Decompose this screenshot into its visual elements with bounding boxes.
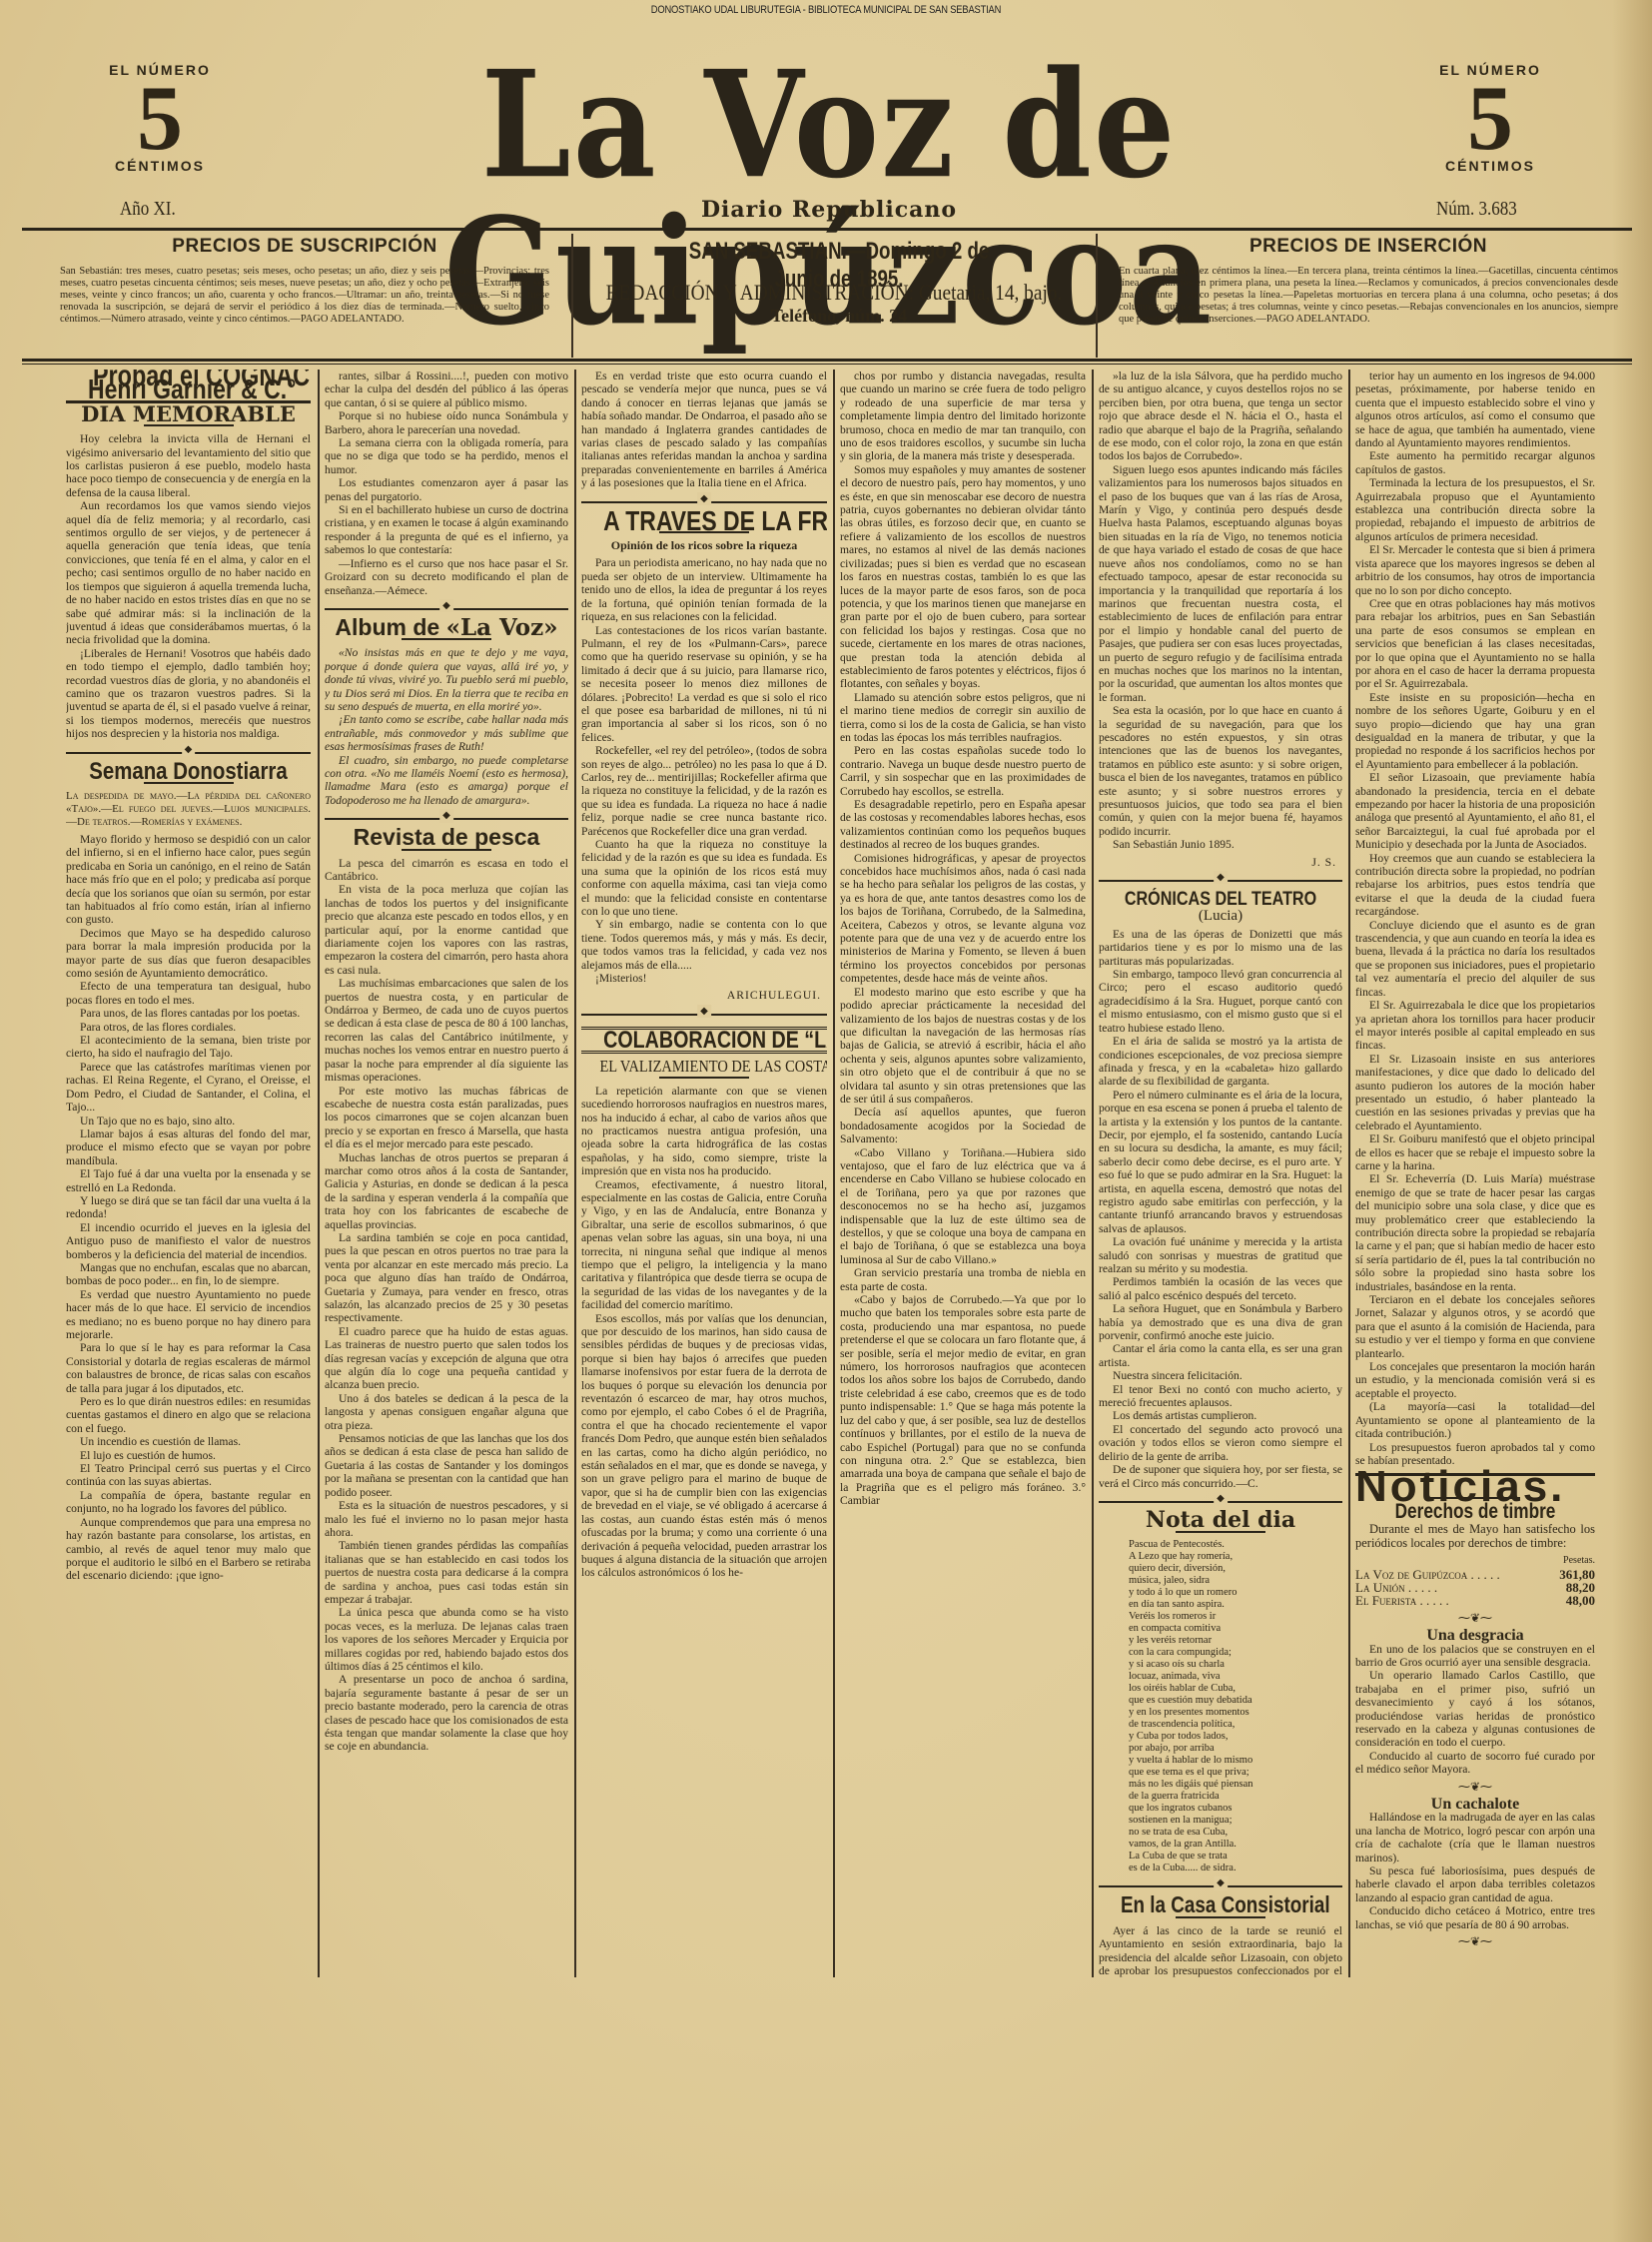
small-ornament: ⁓❦⁓ bbox=[1355, 1781, 1595, 1794]
archive-credit: DONOSTIAKO UDAL LIBURUTEGIA - BIBLIOTECA… bbox=[124, 4, 1528, 16]
poem-nota-del-dia: Pascua de Pentecostés.A Lezo que hay rom… bbox=[1099, 1539, 1342, 1874]
poem-line: por abajo, por arriba bbox=[1129, 1743, 1342, 1755]
paragraph: Por este motivo las muchas fábricas de e… bbox=[325, 1085, 568, 1151]
stamp-amount: 48,00 bbox=[1547, 1594, 1595, 1607]
cognac-ad-line2: Henri Garnier & C.° bbox=[88, 382, 289, 395]
paragraph: El Tajo fué á dar una vuelta por la ense… bbox=[66, 1167, 311, 1194]
paragraph: Llamado su atención sobre estos peligros… bbox=[840, 691, 1086, 745]
article-heading-casa: En la Casa Consistorial bbox=[1121, 1898, 1320, 1911]
article-body-casa: Ayer á las cinco de la tarde se reunió e… bbox=[1099, 1924, 1342, 1977]
paragraph: Porque si no hubiese oído nunca Sonámbul… bbox=[325, 409, 568, 436]
paragraph: ¡Liberales de Hernani! Vosotros que habé… bbox=[66, 647, 311, 741]
paragraph: La repetición alarmante con que se viene… bbox=[581, 1085, 827, 1178]
paragraph: La compañía de ópera, bastante regular e… bbox=[66, 1489, 311, 1516]
paragraph: Para unos, de las flores cantadas por lo… bbox=[66, 1007, 311, 1020]
paragraph: Uno á dos bateles se dedican á la pesca … bbox=[325, 1392, 568, 1432]
newspaper-name: La Voz de Guipúzcoa . . . . . bbox=[1355, 1568, 1547, 1581]
poem-line: La Cuba de que se trata bbox=[1129, 1851, 1342, 1863]
paragraph: El lujo es cuestión de humos. bbox=[66, 1449, 311, 1462]
section-ornament bbox=[1099, 1498, 1342, 1506]
masthead-rule bbox=[22, 228, 1632, 231]
column-5: »la luz de la isla Sálvora, que ha perdi… bbox=[1099, 370, 1342, 1977]
section-ornament bbox=[581, 1011, 827, 1019]
section-heading-noticias: Noticias. bbox=[1355, 1480, 1595, 1493]
insertion-text: En cuarta plana, diez céntimos la línea.… bbox=[1119, 266, 1618, 326]
insertion-heading: PRECIOS DE INSERCIÓN bbox=[1119, 236, 1618, 258]
paragraph: Perdimos también la ocasión de las veces… bbox=[1099, 1275, 1342, 1302]
article-subheading-frontera: Opinión de los ricos sobre la riqueza bbox=[581, 539, 827, 552]
paragraph: En vista de la poca merluza que cojían l… bbox=[325, 883, 568, 977]
paragraph: Concluye diciendo que el asunto es de gr… bbox=[1355, 919, 1595, 999]
article-heading-desgracia: Una desgracia bbox=[1355, 1629, 1595, 1642]
poem-line: los oiréis hablar de Cuba, bbox=[1129, 1683, 1342, 1695]
badge-price: 5 bbox=[1430, 78, 1550, 158]
paragraph: La señora Huguet, que en Sonámbula y Bar… bbox=[1099, 1302, 1342, 1342]
paragraph: El acontecimiento de la semana, bien tri… bbox=[66, 1034, 311, 1061]
article-heading-cachalote: Un cachalote bbox=[1355, 1798, 1595, 1811]
poem-line: Veréis los romeros ir bbox=[1129, 1611, 1342, 1623]
paragraph: rantes, silbar á Rossini....!, pueden co… bbox=[325, 370, 568, 409]
paragraph: Los concejales que presentaron la moción… bbox=[1355, 1360, 1595, 1400]
column-divider bbox=[571, 234, 573, 358]
paragraph: Sin embargo, tampoco llevó gran concurre… bbox=[1099, 968, 1342, 1035]
album-heading-prefix: Album de bbox=[335, 614, 439, 640]
paragraph: El Teatro Principal cerró sus puertas y … bbox=[66, 1462, 311, 1489]
article-body-album: «No insistas más en que te dejo y me vay… bbox=[325, 646, 568, 807]
paragraph: terior hay un aumento en los ingresos de… bbox=[1355, 370, 1595, 449]
poem-line: y si acaso oís su charla bbox=[1129, 1659, 1342, 1671]
poem-line: y todo á lo que un romero bbox=[1129, 1587, 1342, 1599]
stamp-amount: 88,20 bbox=[1547, 1581, 1595, 1594]
paragraph: Pero en las costas españolas sucede todo… bbox=[840, 744, 1086, 798]
column-divider bbox=[1348, 370, 1350, 1977]
small-ornament: ⁓❦⁓ bbox=[1355, 1935, 1595, 1948]
paragraph: Los demás artistas cumplieron. bbox=[1099, 1409, 1342, 1422]
paragraph: En uno de los palacios que se construyen… bbox=[1355, 1643, 1595, 1670]
poem-line: vamos, de la gran Antilla. bbox=[1129, 1839, 1342, 1851]
paragraph: Llamar bajos á esas alturas del fondo de… bbox=[66, 1127, 311, 1167]
paragraph: Hoy celebra la invicta villa de Hernani … bbox=[66, 432, 311, 499]
article-body-dia-memorable: Hoy celebra la invicta villa de Hernani … bbox=[66, 432, 311, 740]
paragraph: Un incendio es cuestión de llamas. bbox=[66, 1435, 311, 1448]
paragraph: Mayo florido y hermoso se despidió con u… bbox=[66, 833, 311, 927]
paragraph: Pero el número culminante es el ária de … bbox=[1099, 1089, 1342, 1235]
paragraph: Muchas lanchas de otros puertos se prepa… bbox=[325, 1151, 568, 1231]
article-body-casa-continued: terior hay un aumento en los ingresos de… bbox=[1355, 370, 1595, 1467]
colaboracion-banner: COLABORACION DE “LA VOZ” bbox=[581, 1027, 827, 1054]
paragraph: A presentarse un poco de anchoa ó sardin… bbox=[325, 1673, 568, 1753]
column-divider bbox=[1092, 370, 1094, 1977]
phone-number: Teléfono, núm. 24 bbox=[619, 306, 1059, 327]
timbre-row: El Fuerista . . . . .48,00 bbox=[1355, 1594, 1595, 1607]
poem-line: que ese tema es el que priva; bbox=[1129, 1767, 1342, 1779]
paragraph: También tienen grandes pérdidas las comp… bbox=[325, 1539, 568, 1606]
heading-underline bbox=[659, 1077, 749, 1079]
poem-line: es de la Cuba..... de sidra. bbox=[1129, 1863, 1342, 1874]
paragraph: El Sr. Aguirrezabala le dice que los pro… bbox=[1355, 999, 1595, 1053]
paragraph: Terciaron en el debate los concejales se… bbox=[1355, 1293, 1595, 1360]
paragraph: Siguen luego esos apuntes indicando más … bbox=[1099, 463, 1342, 704]
page-edge-shadow bbox=[1612, 0, 1652, 2242]
badge-price: 5 bbox=[100, 78, 220, 158]
poem-line: locuaz, animada, viva bbox=[1129, 1671, 1342, 1683]
article-body-semana: Mayo florido y hermoso se despidió con u… bbox=[66, 833, 311, 1583]
paragraph: Creamos, efectivamente, á nuestro litora… bbox=[581, 1178, 827, 1312]
article-body-continued: Es en verdad triste que esto ocurra cuan… bbox=[581, 370, 827, 490]
poem-line: que los ingratos cubanos bbox=[1129, 1803, 1342, 1815]
article-body-cachalote: Hallándose en la madrugada de ayer en la… bbox=[1355, 1811, 1595, 1931]
paragraph: El modesto marino que esto escribe y que… bbox=[840, 986, 1086, 1107]
issue-number: Núm. 3.683 bbox=[1436, 198, 1517, 221]
album-heading-brand: «La Voz» bbox=[446, 614, 558, 641]
paragraph: El concertado del segundo acto provocó u… bbox=[1099, 1423, 1342, 1463]
colaboracion-banner-text: COLABORACION DE “LA VOZ” bbox=[603, 1034, 805, 1047]
poem-line: Pascua de Pentecostés. bbox=[1129, 1539, 1342, 1551]
paragraph: (La mayoría—casi la totalidad—del Ayunta… bbox=[1355, 1400, 1595, 1440]
poem-line: con la cara compungida; bbox=[1129, 1647, 1342, 1659]
paragraph: El Sr. Echeverría (D. Luis María) muéstr… bbox=[1355, 1172, 1595, 1293]
paragraph: De de suponer que siquiera hoy, por ser … bbox=[1099, 1463, 1342, 1490]
paragraph: Para otros, de las flores cordiales. bbox=[66, 1021, 311, 1034]
paragraph: Hoy creemos que aun cuando se establecie… bbox=[1355, 852, 1595, 919]
paragraph: El tenor Bexi no contó con mucho acierto… bbox=[1099, 1383, 1342, 1410]
column-divider bbox=[1096, 234, 1098, 358]
timbre-unit-header: Pesetas. bbox=[1355, 1554, 1595, 1567]
paragraph: Parece que las catástrofes marítimas vie… bbox=[66, 1061, 311, 1115]
paragraph: San Sebastián Junio 1895. bbox=[1099, 838, 1342, 851]
paragraph: Este insiste en su proposición—hecha en … bbox=[1355, 691, 1595, 771]
paragraph: Las muchísimas embarcaciones que salen d… bbox=[325, 977, 568, 1084]
paragraph: Mangas que no enchufan, escalas que no a… bbox=[66, 1261, 311, 1288]
paragraph: Terminada la lectura de los presupuestos… bbox=[1355, 476, 1595, 543]
article-heading-frontera: A TRAVES DE LA FRONTERA bbox=[603, 514, 805, 527]
poem-line: en compacta comitiva bbox=[1129, 1623, 1342, 1635]
paragraph: Pensamos noticias de que las lanchas que… bbox=[325, 1432, 568, 1499]
paragraph: La única pesca que abunda como se ha vis… bbox=[325, 1606, 568, 1673]
timbre-table: La Voz de Guipúzcoa . . . . .361,80La Un… bbox=[1355, 1568, 1595, 1608]
article-signature: ARICHULEGUI. bbox=[587, 989, 821, 1002]
paragraph: Aun recordamos los que vamos siendo viej… bbox=[66, 499, 311, 646]
article-body-frontera: Para un periodista americano, no hay nad… bbox=[581, 556, 827, 985]
paragraph: Un Tajo que no es bajo, sino alto. bbox=[66, 1115, 311, 1127]
paragraph: Efecto de una temperatura tan desigual, … bbox=[66, 980, 311, 1007]
paragraph: Comisiones hidrográficas, y apesar de pr… bbox=[840, 852, 1086, 986]
paragraph: Es verdad que nuestro Ayuntamiento no pu… bbox=[66, 1288, 311, 1342]
article-heading-timbre: Derechos de timbre bbox=[1377, 1505, 1574, 1518]
info-bar-rule-thin bbox=[22, 364, 1632, 365]
section-ornament bbox=[325, 605, 568, 613]
article-body-valizamiento-continued: chos por rumbo y distancia navegadas, re… bbox=[840, 370, 1086, 1508]
paragraph: «Cabo y bajos de Corrubedo.—Ya que por l… bbox=[840, 1293, 1086, 1508]
poem-line: sostienen en la manigua; bbox=[1129, 1815, 1342, 1827]
paragraph: Nuestra sincera felicitación. bbox=[1099, 1369, 1342, 1382]
poem-line: de trascendencia política, bbox=[1129, 1719, 1342, 1731]
paragraph: Decimos que Mayo se ha despedido caluros… bbox=[66, 927, 311, 981]
paragraph: Este aumento ha permitido recargar algun… bbox=[1355, 449, 1595, 476]
paragraph: Las contestaciones de los ricos varían b… bbox=[581, 624, 827, 745]
paragraph: Pero es lo que dirán nuestros ediles: en… bbox=[66, 1395, 311, 1435]
paragraph: La ovación fué unánime y merecida y la a… bbox=[1099, 1235, 1342, 1275]
semana-summary: La despedida de mayo.—La pérdida del cañ… bbox=[66, 790, 311, 829]
timbre-row: La Voz de Guipúzcoa . . . . .361,80 bbox=[1355, 1568, 1595, 1581]
article-heading-album: Album de «La Voz» bbox=[325, 621, 568, 634]
section-ornament bbox=[325, 815, 568, 823]
paragraph: »la luz de la isla Sálvora, que ha perdi… bbox=[1099, 370, 1342, 463]
paragraph: Cree que en otras poblaciones hay más mo… bbox=[1355, 597, 1595, 691]
paragraph: El Sr. Goiburu manifestó que el objeto p… bbox=[1355, 1132, 1595, 1172]
section-ornament bbox=[1099, 877, 1342, 885]
article-body-revista: La pesca del cimarrón es escasa en todo … bbox=[325, 857, 568, 1754]
info-bar-rule bbox=[22, 359, 1632, 362]
paragraph: ¡En tanto como se escribe, cabe hallar n… bbox=[325, 713, 568, 753]
paragraph: La semana cierra con la obligada romería… bbox=[325, 436, 568, 476]
paragraph: Cuanto ha que la riqueza no constituye l… bbox=[581, 838, 827, 918]
badge-label-bottom: CÉNTIMOS bbox=[1430, 158, 1550, 174]
article-heading-valizamiento: EL VALIZAMIENTO DE LAS COSTAS bbox=[599, 1060, 808, 1073]
paragraph: Sea esta la ocasión, por lo que hace en … bbox=[1099, 704, 1342, 838]
paragraph: En el ária de salida se mostró ya la art… bbox=[1099, 1035, 1342, 1089]
article-body-desgracia: En uno de los palacios que se construyen… bbox=[1355, 1643, 1595, 1777]
paragraph: Para lo que sí le hay es para reformar l… bbox=[66, 1341, 311, 1395]
badge-label-bottom: CÉNTIMOS bbox=[100, 158, 220, 174]
paragraph: Aunque comprendemos que para una empresa… bbox=[66, 1516, 311, 1583]
article-body-valizamiento: La repetición alarmante con que se viene… bbox=[581, 1085, 827, 1580]
poem-line: más no les digáis qué piensan bbox=[1129, 1779, 1342, 1791]
column-6: terior hay un aumento en los ingresos de… bbox=[1355, 370, 1595, 1977]
poem-line: y en los presentes momentos bbox=[1129, 1707, 1342, 1719]
paragraph: Somos muy españoles y muy amantes de sos… bbox=[840, 463, 1086, 691]
subscription-text: San Sebastián: tres meses, cuatro peseta… bbox=[60, 266, 549, 326]
paragraph: «Cabo Villano y Toriñana.—Hubiera sido v… bbox=[840, 1146, 1086, 1267]
paragraph: Es una de las óperas de Donizetti que má… bbox=[1099, 928, 1342, 968]
paragraph: El incendio ocurrido el jueves en la igl… bbox=[66, 1221, 311, 1261]
article-body-cronicas: Es una de las óperas de Donizetti que má… bbox=[1099, 928, 1342, 1490]
paragraph: El cuadro parece que ha huido de estas a… bbox=[325, 1325, 568, 1392]
column-2: rantes, silbar á Rossini....!, pueden co… bbox=[325, 370, 568, 1977]
article-heading-cronicas: CRÓNICAS DEL TEATRO bbox=[1117, 893, 1323, 906]
paragraph: Conducido al cuarto de socorro fué curad… bbox=[1355, 1750, 1595, 1777]
poem-line: A Lezo que hay romería, bbox=[1129, 1551, 1342, 1563]
newspaper-name: El Fuerista . . . . . bbox=[1355, 1594, 1547, 1607]
timbre-intro: Durante el mes de Mayo han satisfecho lo… bbox=[1355, 1522, 1595, 1550]
paragraph: El Sr. Lizasoain insiste en sus anterior… bbox=[1355, 1053, 1595, 1132]
paragraph: Los estudiantes comenzaron ayer á pasar … bbox=[325, 476, 568, 503]
paragraph: La sardina también se coje en poca canti… bbox=[325, 1231, 568, 1325]
paragraph: Si en el bachillerato hubiese un curso d… bbox=[325, 503, 568, 557]
price-badge-left: EL NÚMERO 5 CÉNTIMOS bbox=[100, 62, 220, 192]
editorial-address: REDACCIÓN Y ADMINISTRACIÓN: Guetaria, 14… bbox=[605, 280, 1063, 306]
paragraph: El Sr. Mercader le contesta que si bien … bbox=[1355, 543, 1595, 597]
paragraph: La pesca del cimarrón es escasa en todo … bbox=[325, 857, 568, 884]
paragraph: Para un periodista americano, no hay nad… bbox=[581, 556, 827, 623]
price-badge-right: EL NÚMERO 5 CÉNTIMOS bbox=[1430, 62, 1550, 192]
section-ornament bbox=[1099, 1882, 1342, 1890]
poem-line: quiero decir, diversión, bbox=[1129, 1563, 1342, 1575]
poem-line: de la guerra fratricida bbox=[1129, 1791, 1342, 1803]
paragraph: Esos escollos, más por valías que los de… bbox=[581, 1312, 827, 1580]
newspaper-subtitle: Diario Republicano bbox=[559, 197, 1099, 223]
column-1: Probad el COGNAC Henri Garnier & C.° DIA… bbox=[66, 370, 311, 1977]
paragraph: Un operario llamado Carlos Castillo, que… bbox=[1355, 1669, 1595, 1749]
subscription-heading: PRECIOS DE SUSCRIPCIÓN bbox=[60, 236, 549, 258]
paragraph: Su pesca fué laboriosísima, pues después… bbox=[1355, 1865, 1595, 1904]
poem-line: música, jaleo, sidra bbox=[1129, 1575, 1342, 1587]
column-4: chos por rumbo y distancia navegadas, re… bbox=[840, 370, 1086, 1977]
paragraph: El señor Lizasoain, que previamente habí… bbox=[1355, 771, 1595, 851]
paragraph: ¡Misterios! bbox=[581, 972, 827, 985]
column-divider bbox=[318, 370, 320, 1977]
article-body-continued: rantes, silbar á Rossini....!, pueden co… bbox=[325, 370, 568, 597]
article-subheading-cronicas: (Lucia) bbox=[1099, 910, 1342, 923]
article-heading-semana: Semana Donostiarra bbox=[84, 765, 292, 778]
article-body-valizamiento-end: »la luz de la isla Sálvora, que ha perdi… bbox=[1099, 370, 1342, 852]
article-heading-nota: Nota del dia bbox=[1099, 1514, 1342, 1527]
poem-line: y Cuba por todos lados, bbox=[1129, 1731, 1342, 1743]
paragraph: Rockefeller, «el rey del petróleo», (tod… bbox=[581, 744, 827, 838]
column-divider bbox=[833, 370, 835, 1977]
article-heading-revista: Revista de pesca bbox=[325, 831, 568, 844]
volume-year: Año XI. bbox=[120, 198, 176, 221]
paragraph: Decía así aquellos apuntes, que fueron b… bbox=[840, 1106, 1086, 1145]
poem-line: no se trata de esa Cuba, bbox=[1129, 1827, 1342, 1839]
stamp-amount: 361,80 bbox=[1547, 1568, 1595, 1581]
timbre-row: La Unión . . . . .88,20 bbox=[1355, 1581, 1595, 1594]
paragraph: Gran servicio prestaría una tromba de ni… bbox=[840, 1266, 1086, 1293]
paragraph: El cuadro, sin embargo, no puede complet… bbox=[325, 754, 568, 808]
paragraph: Esta es la situación de nuestros pescado… bbox=[325, 1499, 568, 1539]
paragraph: Y luego se dirá que se tan fácil dar una… bbox=[66, 1194, 311, 1221]
column-divider bbox=[574, 370, 576, 1977]
poem-line: en día tan santo aspira. bbox=[1129, 1599, 1342, 1611]
paragraph: «No insistas más en que te dejo y me vay… bbox=[325, 646, 568, 713]
paragraph: Es en verdad triste que esto ocurra cuan… bbox=[581, 370, 827, 490]
article-signature: J. S. bbox=[1105, 856, 1336, 869]
paragraph: Cantar el ária como la canta ella, es se… bbox=[1099, 1342, 1342, 1369]
poem-line: y les veréis retornar bbox=[1129, 1635, 1342, 1647]
paragraph: chos por rumbo y distancia navegadas, re… bbox=[840, 370, 1086, 463]
column-3: Es en verdad triste que esto ocurra cuan… bbox=[581, 370, 827, 1977]
poem-line: y vuelta á hablar de lo mismo bbox=[1129, 1755, 1342, 1767]
paragraph: Conducido dicho cetáceo á Motrico, entre… bbox=[1355, 1904, 1595, 1931]
paragraph: —Infierno es el curso que nos hace pasar… bbox=[325, 557, 568, 597]
paragraph: Hallándose en la madrugada de ayer en la… bbox=[1355, 1811, 1595, 1865]
paragraph: Y sin embargo, nadie se contenta con lo … bbox=[581, 918, 827, 972]
paragraph: Ayer á las cinco de la tarde se reunió e… bbox=[1099, 1924, 1342, 1977]
section-ornament bbox=[66, 749, 311, 757]
newspaper-name: La Unión . . . . . bbox=[1355, 1581, 1547, 1594]
paragraph: Es desagradable repetirlo, pero en Españ… bbox=[840, 798, 1086, 852]
small-ornament: ⁓❦⁓ bbox=[1355, 1612, 1595, 1625]
poem-line: que es cuestión muy debatida bbox=[1129, 1695, 1342, 1707]
article-heading-dia-memorable: DIA MEMORABLE bbox=[66, 407, 311, 420]
